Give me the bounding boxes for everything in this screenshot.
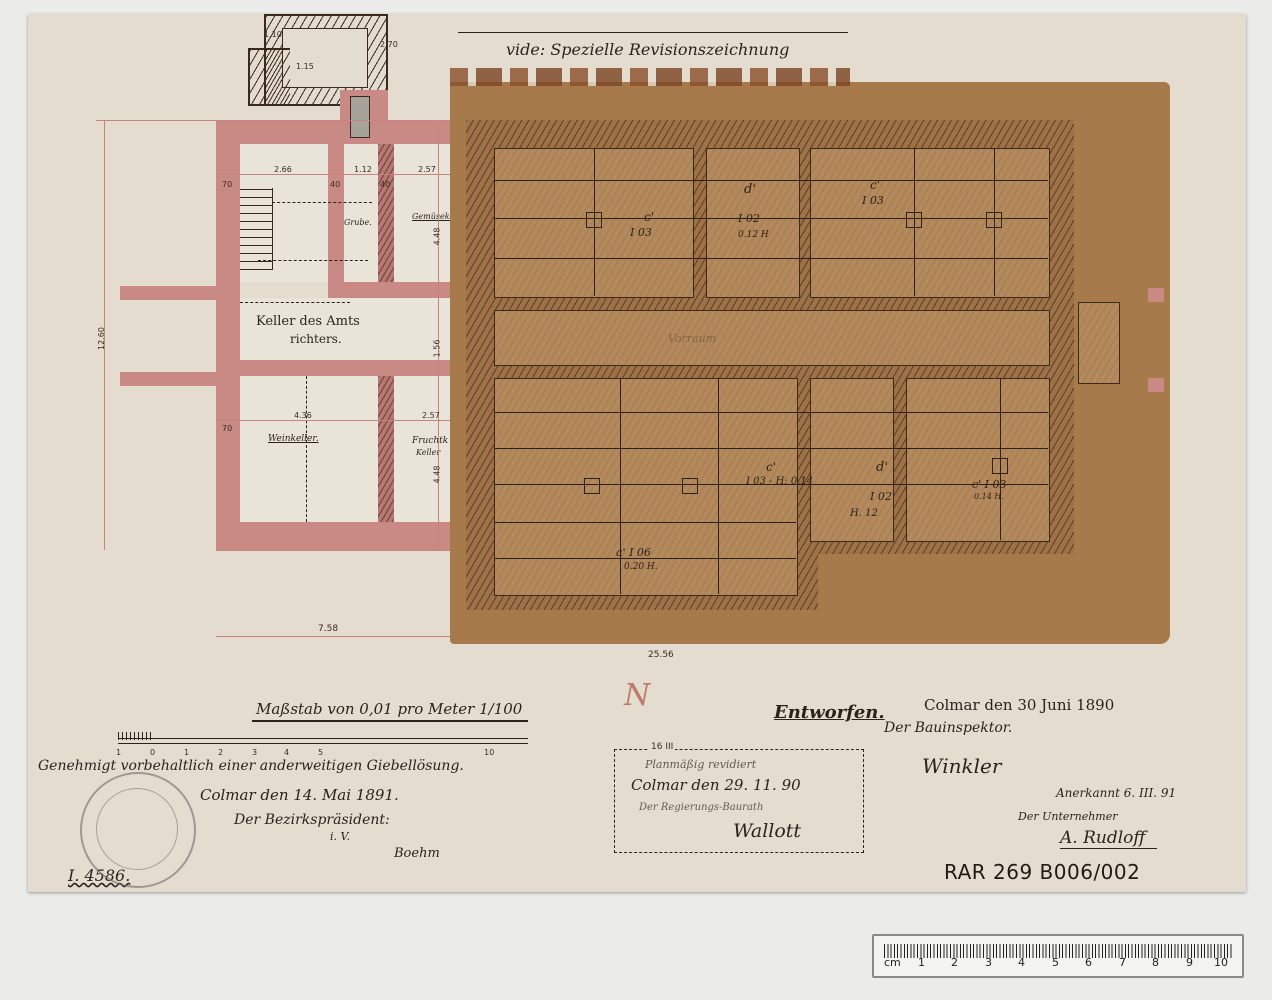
beam-top-2	[494, 218, 1048, 219]
room-keller-amtsrichter	[240, 298, 456, 360]
wall-grube-left	[328, 144, 344, 294]
wall-lower-divider	[378, 376, 394, 536]
scale-bar-fine	[118, 732, 152, 740]
stamp-name: Wallott	[733, 820, 801, 842]
receipt-name: A. Rudloff	[1060, 828, 1157, 849]
beam-bot-4	[494, 522, 796, 523]
ruler-label-4: 4	[1018, 956, 1025, 969]
dim-70-top: 70	[222, 180, 232, 189]
annex-notch	[248, 48, 290, 106]
scale-tick-1: 1	[184, 748, 189, 757]
approval-text: Genehmigt vorbehaltlich einer anderweiti…	[38, 758, 464, 774]
beam-v-5	[718, 378, 719, 594]
ruler-label-5: 5	[1052, 956, 1059, 969]
designed-label: Entworfen.	[774, 702, 885, 723]
label-weinkeller: Weinkeller.	[268, 434, 319, 444]
ov-label-tr-1: c'	[870, 178, 880, 192]
wall-mid-band	[216, 360, 456, 376]
ruler-unit: cm	[884, 956, 901, 969]
ov-room-bottom-right	[906, 378, 1050, 542]
dim-112: 1.12	[354, 165, 372, 174]
designed-place-date: Colmar den 30 Juni 1890	[924, 696, 1114, 714]
ov-label-bl-1: a' I 06	[616, 546, 651, 559]
pillar-3	[986, 212, 1002, 228]
ov-label-bc-2: I 03 - H: 0.14	[746, 476, 813, 487]
receipt-line2: Der Unternehmer	[1018, 810, 1118, 823]
ov-label-bm-3: H. 12	[850, 508, 878, 519]
receipt-line1: Anerkannt 6. III. 91	[1056, 786, 1176, 800]
dim-bottom-left: 7.58	[318, 624, 338, 634]
scale-title: Maßstab von 0,01 pro Meter 1/100	[256, 700, 522, 718]
pillar-2	[906, 212, 922, 228]
dim-257-top: 2.57	[418, 165, 436, 174]
beam-top-1	[494, 180, 1048, 181]
label-grube: Grube.	[344, 218, 372, 227]
wall-bottom	[216, 522, 456, 550]
dashed-line-lower	[258, 260, 368, 261]
scale-tick-m1: 1	[116, 748, 121, 757]
ov-label-bl-2: 0.20 H.	[624, 562, 658, 572]
ruler-label-9: 9	[1186, 956, 1193, 969]
approval-role: Der Bezirkspräsident:	[234, 812, 390, 828]
designed-name: Winkler	[922, 754, 1001, 778]
scale-bar	[118, 738, 528, 744]
ov-room-top-right	[810, 148, 1050, 298]
ov-annex-right	[1078, 302, 1120, 384]
dashed-line-upper	[272, 202, 372, 203]
label-fruchtkeller-2: Keller	[416, 448, 440, 457]
dim-40-a: 40	[330, 180, 340, 189]
header-rule	[458, 32, 848, 33]
ov-label-br-1: c' I 03	[972, 478, 1007, 491]
ruler-label-6: 6	[1085, 956, 1092, 969]
stub-left-lower	[120, 372, 220, 386]
ov-label-tr-2: I 03	[862, 194, 884, 207]
ruler-label-7: 7	[1119, 956, 1126, 969]
stamp-line2: Colmar den 29. 11. 90	[631, 776, 801, 794]
stub-right-lower	[1148, 378, 1164, 392]
beam-top-3	[494, 258, 1048, 259]
drawing-sheet: vide: Spezielle Revisionszeichnung 1.10 …	[28, 14, 1246, 892]
ov-label-tl-1: c'	[644, 210, 654, 224]
dim-1260: 12.60	[97, 327, 106, 350]
ruler-label-10: 10	[1214, 956, 1228, 969]
dim-line-right-vertical	[438, 120, 439, 550]
scale-tick-10: 10	[484, 748, 494, 757]
beam-v-4	[620, 378, 621, 594]
label-fruchtkeller-1: Fruchtk	[412, 436, 448, 446]
approval-place-date: Colmar den 14. Mai 1891.	[200, 786, 399, 804]
dim-bottom-total: 25.56	[648, 650, 674, 660]
north-mark: N	[624, 678, 650, 713]
pillar-5	[682, 478, 698, 494]
ov-label-tm-3: 0.12 H	[738, 230, 769, 240]
wall-grube-right	[378, 144, 394, 294]
dim-156: 1.56	[432, 340, 441, 358]
pillar-6	[992, 458, 1008, 474]
annex-dim-1: 1.10	[264, 30, 282, 39]
ov-label-bc-1: c'	[766, 460, 776, 474]
pillar-1	[586, 212, 602, 228]
approval-initials: i. V.	[330, 830, 350, 843]
dim-70-lower: 70	[222, 424, 232, 433]
scale-tick-0: 0	[150, 748, 155, 757]
stamp-line3: Der Regierungs-Baurath	[639, 802, 763, 813]
ov-label-tm-2: I 02	[738, 212, 760, 225]
pillar-4	[584, 478, 600, 494]
seal-inner-ring	[96, 788, 178, 870]
stamp-number: 16 III	[649, 742, 675, 752]
ruler-label-1: 1	[918, 956, 925, 969]
ov-room-corridor	[494, 310, 1050, 366]
dashed-line-middle	[240, 302, 350, 303]
beam-bot-2	[494, 448, 1048, 449]
ruler-label-2: 2	[951, 956, 958, 969]
header-note: vide: Spezielle Revisionszeichnung	[506, 40, 789, 59]
designed-role: Der Bauinspektor.	[884, 720, 1012, 736]
dim-line-row1	[216, 174, 456, 175]
scale-tick-4: 4	[284, 748, 289, 757]
scale-tick-3: 3	[252, 748, 257, 757]
stair-steps	[240, 188, 273, 270]
annex-dim-3: 2.70	[380, 40, 398, 49]
stub-left-upper	[120, 286, 220, 300]
ruler-label-8: 8	[1152, 956, 1159, 969]
dim-257-lower: 2.57	[422, 411, 440, 420]
dim-40-b: 40	[380, 180, 390, 189]
overlay-torn-edge	[450, 68, 850, 86]
dashed-line-vertical	[306, 376, 307, 522]
ov-label-tm-1: d'	[744, 182, 756, 197]
ov-label-bm-1: d'	[876, 460, 888, 475]
dim-448-upper: 4.48	[432, 228, 441, 246]
revision-stamp: 16 III Planmäßig revidiert Colmar den 29…	[614, 749, 864, 853]
annex-dim-2: 1.15	[296, 62, 314, 71]
dim-line-base	[216, 550, 456, 551]
ov-label-tl-2: I 03	[630, 226, 652, 239]
stub-right-upper	[1148, 288, 1164, 302]
scale-title-underline	[252, 720, 528, 722]
scale-tick-5: 5	[318, 748, 323, 757]
wall-upper-band	[328, 282, 456, 298]
approval-name: Boehm	[394, 846, 440, 861]
stamp-line1: Planmäßig revidiert	[645, 758, 756, 771]
chimney-flue	[350, 96, 370, 138]
label-keller-amtsrichter-1: Keller des Amts	[256, 314, 360, 329]
wall-top	[216, 120, 456, 144]
official-seal	[80, 772, 196, 888]
annex-inner	[282, 28, 368, 88]
ov-wall-notch	[818, 554, 1074, 610]
dim-436: 4.36	[294, 411, 312, 420]
cm-ruler: cm 1 2 3 4 5 6 7 8 9 10	[872, 934, 1244, 978]
ov-label-br-2: 0.14 H.	[974, 492, 1004, 501]
archive-id: RAR 269 B006/002	[944, 860, 1140, 884]
dim-448-lower: 4.48	[432, 466, 441, 484]
ruler-label-3: 3	[985, 956, 992, 969]
scale-tick-2: 2	[218, 748, 223, 757]
label-keller-amtsrichter-2: richters.	[290, 332, 342, 346]
ov-label-corridor: Vorraum	[668, 332, 716, 345]
dim-line-row2	[216, 420, 456, 421]
dim-266: 2.66	[274, 165, 292, 174]
room-weinkeller	[240, 376, 378, 522]
ov-label-bm-2: I 02	[870, 490, 892, 503]
beam-bot-1	[494, 412, 1048, 413]
